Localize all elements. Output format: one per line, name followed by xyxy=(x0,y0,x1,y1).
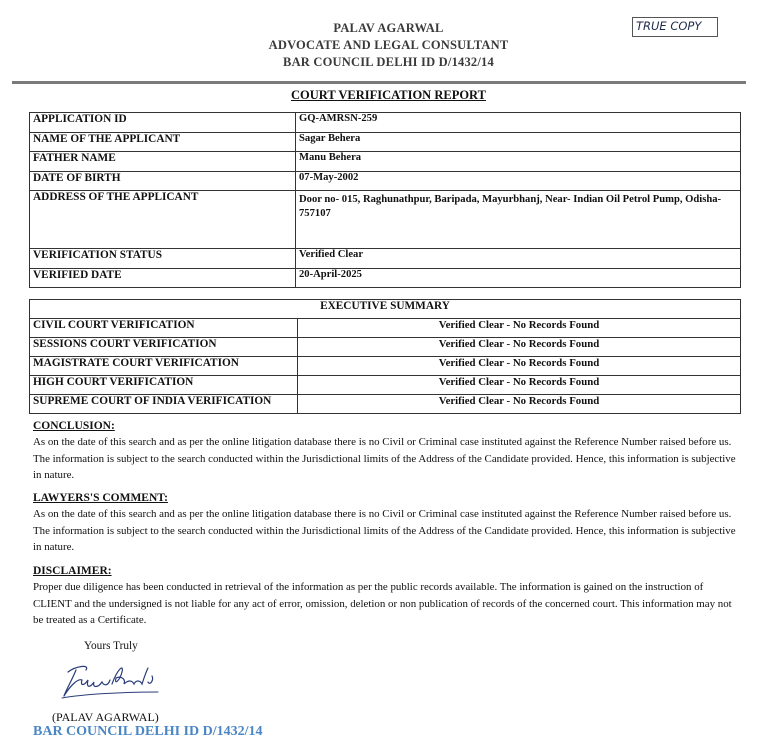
field-value: Manu Behera xyxy=(296,152,741,172)
disclaimer-text: Proper due diligence has been conducted … xyxy=(33,579,743,628)
court-label: SUPREME COURT OF INDIA VERIFICATION xyxy=(30,395,298,414)
field-label: VERIFICATION STATUS xyxy=(30,249,296,269)
conclusion-title: CONCLUSION: xyxy=(33,418,743,434)
field-value: 07-May-2002 xyxy=(296,171,741,191)
field-label: FATHER NAME xyxy=(30,152,296,172)
lawyers-comment-section: LAWYERS'S COMMENT: As on the date of thi… xyxy=(33,490,743,555)
table-row: SESSIONS COURT VERIFICATIONVerified Clea… xyxy=(30,338,741,357)
table-row: DATE OF BIRTH07-May-2002 xyxy=(30,171,741,191)
summary-heading: EXECUTIVE SUMMARY xyxy=(30,300,741,319)
field-label: APPLICATION ID xyxy=(30,113,296,133)
table-row: NAME OF THE APPLICANTSagar Behera xyxy=(30,132,741,152)
field-label: ADDRESS OF THE APPLICANT xyxy=(30,191,296,249)
field-value: Sagar Behera xyxy=(296,132,741,152)
conclusion-section: CONCLUSION: As on the date of this searc… xyxy=(33,418,743,483)
field-value: GQ-AMRSN-259 xyxy=(296,113,741,133)
conclusion-text: As on the date of this search and as per… xyxy=(33,434,743,483)
court-result: Verified Clear - No Records Found xyxy=(298,319,741,338)
court-result: Verified Clear - No Records Found xyxy=(298,357,741,376)
table-row: VERIFIED DATE20-April-2025 xyxy=(30,268,741,288)
report-title: COURT VERIFICATION REPORT xyxy=(0,88,777,103)
field-label: NAME OF THE APPLICANT xyxy=(30,132,296,152)
court-label: SESSIONS COURT VERIFICATION xyxy=(30,338,298,357)
field-value: 20-April-2025 xyxy=(296,268,741,288)
field-label: VERIFIED DATE xyxy=(30,268,296,288)
disclaimer-title: DISCLAIMER: xyxy=(33,563,743,579)
disclaimer-section: DISCLAIMER: Proper due diligence has bee… xyxy=(33,563,743,628)
table-row: ADDRESS OF THE APPLICANTDoor no- 015, Ra… xyxy=(30,191,741,249)
table-row: SUPREME COURT OF INDIA VERIFICATIONVerif… xyxy=(30,395,741,414)
court-label: HIGH COURT VERIFICATION xyxy=(30,376,298,395)
closing-text: Yours Truly xyxy=(84,640,138,652)
letterhead-bar-id: BAR COUNCIL DELHI ID D/1432/14 xyxy=(0,55,777,70)
header-divider xyxy=(12,81,746,84)
true-copy-stamp: TRUE COPY xyxy=(632,17,718,37)
applicant-info-table: APPLICATION IDGQ-AMRSN-259 NAME OF THE A… xyxy=(29,112,741,288)
court-label: MAGISTRATE COURT VERIFICATION xyxy=(30,357,298,376)
field-value: Door no- 015, Raghunathpur, Baripada, Ma… xyxy=(296,191,741,249)
signature-image xyxy=(54,658,164,704)
letterhead-designation: ADVOCATE AND LEGAL CONSULTANT xyxy=(0,38,777,53)
lawyers-comment-text: As on the date of this search and as per… xyxy=(33,506,743,555)
table-row: HIGH COURT VERIFICATIONVerified Clear - … xyxy=(30,376,741,395)
lawyers-comment-title: LAWYERS'S COMMENT: xyxy=(33,490,743,506)
table-row: CIVIL COURT VERIFICATIONVerified Clear -… xyxy=(30,319,741,338)
table-row: APPLICATION IDGQ-AMRSN-259 xyxy=(30,113,741,133)
signatory-name: (PALAV AGARWAL) xyxy=(52,710,159,725)
field-value: Verified Clear xyxy=(296,249,741,269)
field-label: DATE OF BIRTH xyxy=(30,171,296,191)
table-row: VERIFICATION STATUSVerified Clear xyxy=(30,249,741,269)
table-header-row: EXECUTIVE SUMMARY xyxy=(30,300,741,319)
signatory-bar-id: BAR COUNCIL DELHI ID D/1432/14 xyxy=(33,724,262,740)
executive-summary-table: EXECUTIVE SUMMARY CIVIL COURT VERIFICATI… xyxy=(29,299,741,414)
table-row: FATHER NAMEManu Behera xyxy=(30,152,741,172)
court-result: Verified Clear - No Records Found xyxy=(298,395,741,414)
court-result: Verified Clear - No Records Found xyxy=(298,376,741,395)
court-label: CIVIL COURT VERIFICATION xyxy=(30,319,298,338)
court-result: Verified Clear - No Records Found xyxy=(298,338,741,357)
table-row: MAGISTRATE COURT VERIFICATIONVerified Cl… xyxy=(30,357,741,376)
